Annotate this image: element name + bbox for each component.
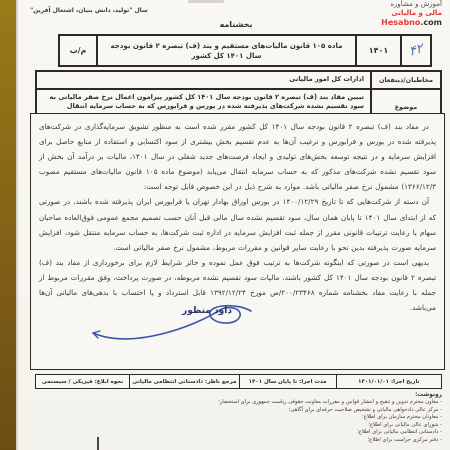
signatory-name: داود منظور bbox=[159, 306, 255, 316]
execution-duration-value: تا پایان سال ۱۴۰۱ bbox=[249, 379, 298, 385]
hesabno-logo: آموزش و مشاوره مالی و مالیاتی Hesabno.co… bbox=[381, 0, 442, 27]
execution-date-cell: تاریخ اجرا: ۱۴۰۱/۰۱/۰۱ bbox=[336, 375, 441, 388]
cropped-box-edge bbox=[97, 437, 99, 450]
copy-recipient-1: معاون محترم تدوین و تنقیح و انتشار قوانی… bbox=[30, 399, 442, 407]
logo-tagline-1: آموزش و مشاوره bbox=[381, 0, 442, 9]
logo-brand-suffix: .com bbox=[420, 18, 442, 27]
supervisory-authority-label: مرجع ناظر: bbox=[205, 379, 236, 385]
scan-crop-smudge bbox=[188, 0, 224, 3]
supervisory-authority-cell: مرجع ناظر: دادستانی انتظامی مالیاتی bbox=[129, 375, 238, 388]
logo-domain: Hesabno.com bbox=[381, 18, 442, 27]
body-paragraph-2: آن دسته از شرکت‌هایی که تا تاریخ ۱۴۰۰/۱۲… bbox=[39, 194, 436, 254]
recipients-label: مخاطبان/ذینفعان bbox=[370, 72, 440, 88]
handwritten-number: ۴۲ bbox=[408, 41, 424, 60]
notification-method-label: نحوه ابلاغ: bbox=[95, 379, 124, 385]
scan-edge-highlight bbox=[16, 0, 18, 450]
execution-duration-label: مدت اجرا: bbox=[299, 379, 326, 385]
code-cell: م/ب bbox=[60, 36, 96, 65]
supervisory-authority-value: دادستانی انتظامی مالیاتی bbox=[132, 379, 203, 385]
logo-brand-text: Hesabno bbox=[381, 18, 420, 27]
scan-binding-edge bbox=[0, 0, 16, 450]
scanned-circular-page: سال "تولید، دانش بنیان، اشتغال آفرین" آم… bbox=[0, 0, 450, 450]
execution-date-value: ۱۴۰۱/۰۱/۰۱ bbox=[358, 379, 389, 385]
copy-recipient-5: دادستانی انتظامی مالیاتی برای اطلاع؛ bbox=[30, 429, 442, 437]
notification-method-value: فیزیکی / سیستمی bbox=[42, 379, 93, 385]
notification-method-cell: نحوه ابلاغ: فیزیکی / سیستمی bbox=[36, 375, 129, 388]
copies-label: رونوشت: bbox=[30, 391, 442, 399]
body-paragraph-1: در مفاد بند (ف) تبصره ۲ قانون بودجه سال … bbox=[39, 119, 436, 194]
document-type-title: بخشنامه bbox=[206, 20, 266, 29]
copy-recipient-6: دفتر مرکزی حراست برای اطلاع؛ bbox=[30, 437, 442, 445]
year-slogan: سال "تولید، دانش بنیان، اشتغال آفرین" bbox=[30, 7, 148, 14]
copies-section: رونوشت: معاون محترم تدوین و تنقیح و انتش… bbox=[30, 391, 442, 444]
recipients-value: ادارات کل امور مالیاتی bbox=[37, 72, 370, 88]
execution-date-label: تاریخ اجرا: bbox=[391, 379, 420, 385]
copy-recipient-3: معاونان محترم سازمان برای اطلاع؛ bbox=[30, 414, 442, 422]
handwritten-number-cell: ۴۲ bbox=[400, 36, 430, 65]
copy-recipient-4: شورای عالی مالیاتی برای اطلاع؛ bbox=[30, 422, 442, 430]
recipients-row: مخاطبان/ذینفعان ادارات کل امور مالیاتی bbox=[37, 72, 440, 90]
execution-duration-cell: مدت اجرا: تا پایان سال ۱۴۰۱ bbox=[239, 375, 336, 388]
reference-header-table: ۴۲ ۱۴۰۱ ماده ۱۰۵ قانون مالیات‌های مستقیم… bbox=[58, 34, 432, 67]
year-cell: ۱۴۰۱ bbox=[355, 36, 400, 65]
execution-info-table: تاریخ اجرا: ۱۴۰۱/۰۱/۰۱ مدت اجرا: تا پایا… bbox=[35, 374, 442, 389]
logo-tagline-2: مالی و مالیاتی bbox=[381, 9, 442, 18]
copy-recipient-2: مرکز عالی دادخواهی مالیاتی و تشخیص صلاحی… bbox=[30, 407, 442, 415]
signature-block: داود منظور bbox=[85, 298, 265, 356]
law-reference-cell: ماده ۱۰۵ قانون مالیات‌های مستقیم و بند (… bbox=[96, 36, 355, 65]
